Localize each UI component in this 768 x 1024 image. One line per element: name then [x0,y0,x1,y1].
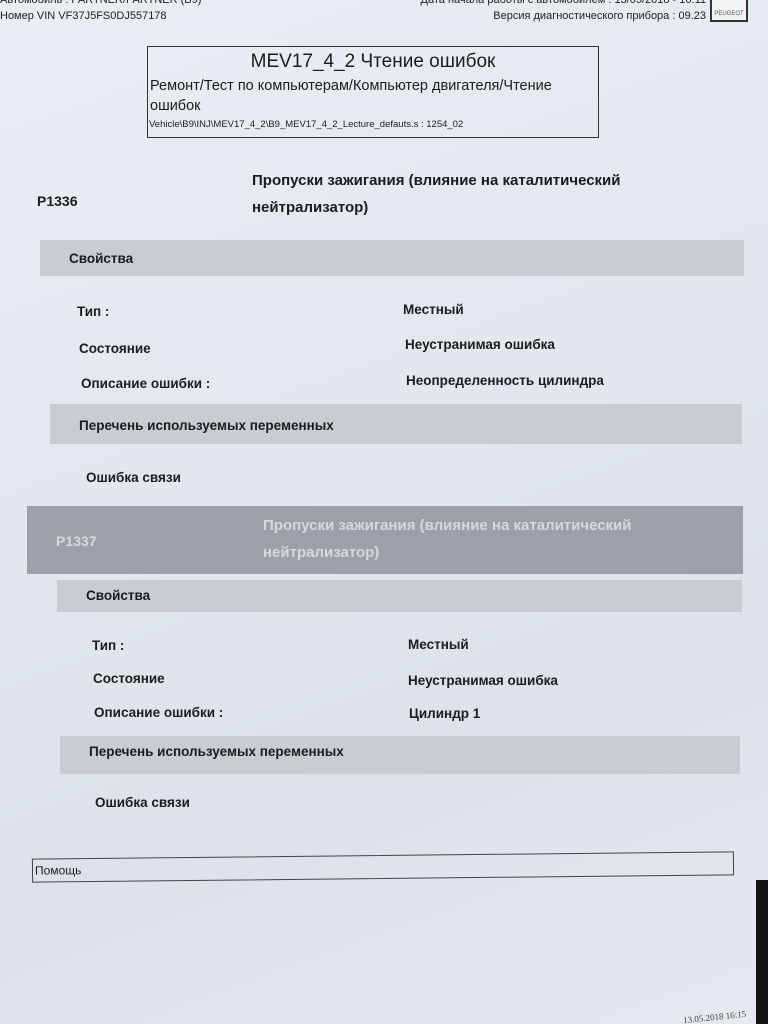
properties-header: Свойства [40,240,744,276]
vehicle-line: Автомобиль : PARTNER/PARTNER (B9) [0,0,201,8]
prop-label: Состояние [93,671,165,686]
help-label: Помощь [35,863,82,877]
fault-code: P1337 [56,533,96,549]
session-line: Дата начала работы с автомобилем : 13/05… [421,0,706,8]
prop-label: Тип : [92,638,124,653]
properties-header: Свойства [57,580,742,612]
vin-line: Номер VIN VF37J5FS0DJ557178 [0,8,201,24]
variable-value: Ошибка связи [95,795,190,810]
fault-description: Пропуски зажигания (влияние на каталитич… [263,512,723,566]
session-info: Дата начала работы с автомобилем : 13/05… [421,0,706,24]
breadcrumb: Ремонт/Тест по компьютерам/Компьютер дви… [150,76,598,116]
variables-header: Перечень используемых переменных [60,736,740,774]
page-title: MEV17_4_2 Чтение ошибок [148,51,598,73]
script-path: Vehicle\B9\INJ\MEV17_4_2\B9_MEV17_4_2_Le… [149,119,598,130]
version-line: Версия диагностического прибора : 09.23 [421,8,706,24]
title-box: MEV17_4_2 Чтение ошибок Ремонт/Тест по к… [147,46,599,138]
prop-label: Состояние [79,341,151,356]
help-box[interactable]: Помощь [32,851,734,882]
prop-value: Неопределенность цилиндра [406,373,604,388]
prop-label: Описание ошибки : [94,705,223,720]
vehicle-info: Автомобиль : PARTNER/PARTNER (B9) Номер … [0,0,201,24]
prop-value: Цилиндр 1 [409,706,480,721]
prop-label: Тип : [77,304,109,319]
fault-description: Пропуски зажигания (влияние на каталитич… [252,167,712,221]
fault-row-selected[interactable]: P1337 Пропуски зажигания (влияние на кат… [27,506,743,574]
prop-value: Местный [408,637,469,652]
variable-value: Ошибка связи [86,470,181,485]
brand-logo-icon: PEUGEOT [710,0,748,22]
print-timestamp: 13.05.2018 16:15 [682,1009,746,1024]
fault-code: P1336 [37,193,77,209]
page-edge-shadow [756,880,768,1024]
prop-label: Описание ошибки : [81,376,210,391]
prop-value: Неустранимая ошибка [408,673,558,688]
prop-value: Неустранимая ошибка [405,337,555,352]
variables-header: Перечень используемых переменных [50,404,742,444]
prop-value: Местный [403,302,464,317]
